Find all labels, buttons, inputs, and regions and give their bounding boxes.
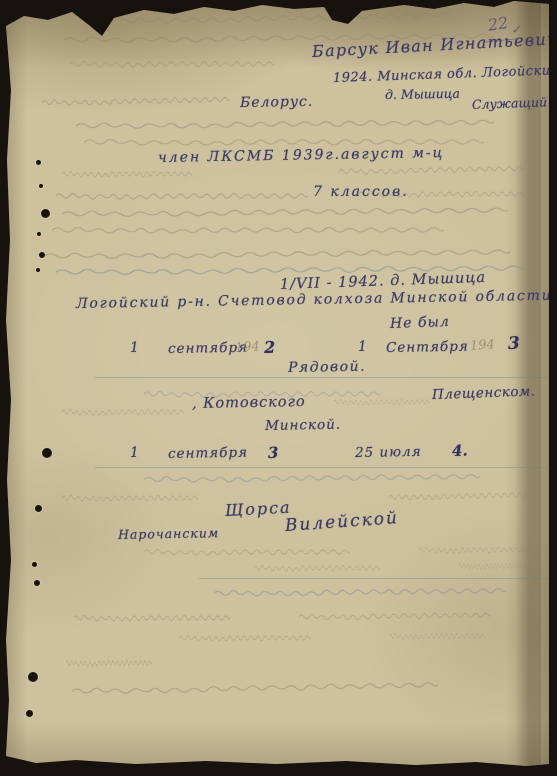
zone-name: Нарочанским bbox=[118, 525, 219, 542]
abroad-status: Не был bbox=[390, 314, 450, 332]
service1-from-year: 194 bbox=[234, 339, 260, 356]
binding-hole bbox=[41, 209, 50, 218]
binding-hole bbox=[32, 562, 37, 567]
service1-to-year: 194 bbox=[469, 337, 495, 354]
binding-hole bbox=[35, 505, 42, 512]
binding-hole bbox=[42, 448, 52, 458]
military-rank: Рядовой. bbox=[288, 359, 366, 376]
service2-from-day: 1 bbox=[130, 445, 139, 461]
binding-hole bbox=[34, 580, 40, 586]
binding-hole bbox=[37, 232, 41, 236]
social-position: Служащий bbox=[472, 94, 548, 112]
binding-hole bbox=[36, 160, 41, 165]
district-occupation: Логойский р-н. Счетовод колхоза Минской … bbox=[76, 288, 557, 312]
brigade-name: Щорса bbox=[225, 498, 293, 520]
service1-from-year-digit: 2 bbox=[264, 338, 276, 357]
scanned-archive-page: { "page": { "number": "22", "checkmark":… bbox=[0, 0, 557, 776]
binding-hole bbox=[39, 184, 43, 188]
binding-hole bbox=[26, 710, 33, 717]
person-name: Барсук Иван Игнатьевич bbox=[312, 29, 557, 61]
service2-from-digit: 3 bbox=[268, 444, 279, 462]
region2: Минской. bbox=[265, 417, 341, 434]
service1-to-day: 1 bbox=[358, 339, 367, 355]
service2-from-month: сентября bbox=[168, 445, 248, 462]
nationality: Белорус. bbox=[240, 94, 314, 111]
education: 7 классов. bbox=[313, 184, 409, 200]
ruled-line-2 bbox=[95, 467, 547, 468]
service1-from-day: 1 bbox=[130, 340, 139, 356]
birth-village: д. Мышица bbox=[385, 86, 460, 102]
binding-hole bbox=[36, 268, 40, 272]
binding-hole bbox=[28, 672, 38, 682]
service2-to-digit: 4. bbox=[452, 441, 468, 460]
birth-year-place: 1924. Минская обл. Логойский р-н bbox=[333, 62, 557, 86]
ruled-line-1 bbox=[95, 377, 547, 378]
service1-to-year-digit: 3 bbox=[508, 334, 521, 354]
document-page: 22 ✓ Барсук Иван Игнатьевич 1924. Минска… bbox=[6, 0, 549, 768]
region3: Вилейской bbox=[284, 508, 399, 536]
unit-name: , Котовского bbox=[192, 394, 306, 412]
komsomol-membership: член ЛКСМБ 1939г.август м-ц bbox=[158, 145, 445, 166]
binding-hole bbox=[39, 252, 45, 258]
service1-to-month: Сентября bbox=[386, 339, 469, 356]
service2-to-date: 25 июля bbox=[355, 444, 422, 461]
ruled-line-3 bbox=[199, 578, 549, 579]
district2: Плещенском. bbox=[432, 383, 536, 403]
